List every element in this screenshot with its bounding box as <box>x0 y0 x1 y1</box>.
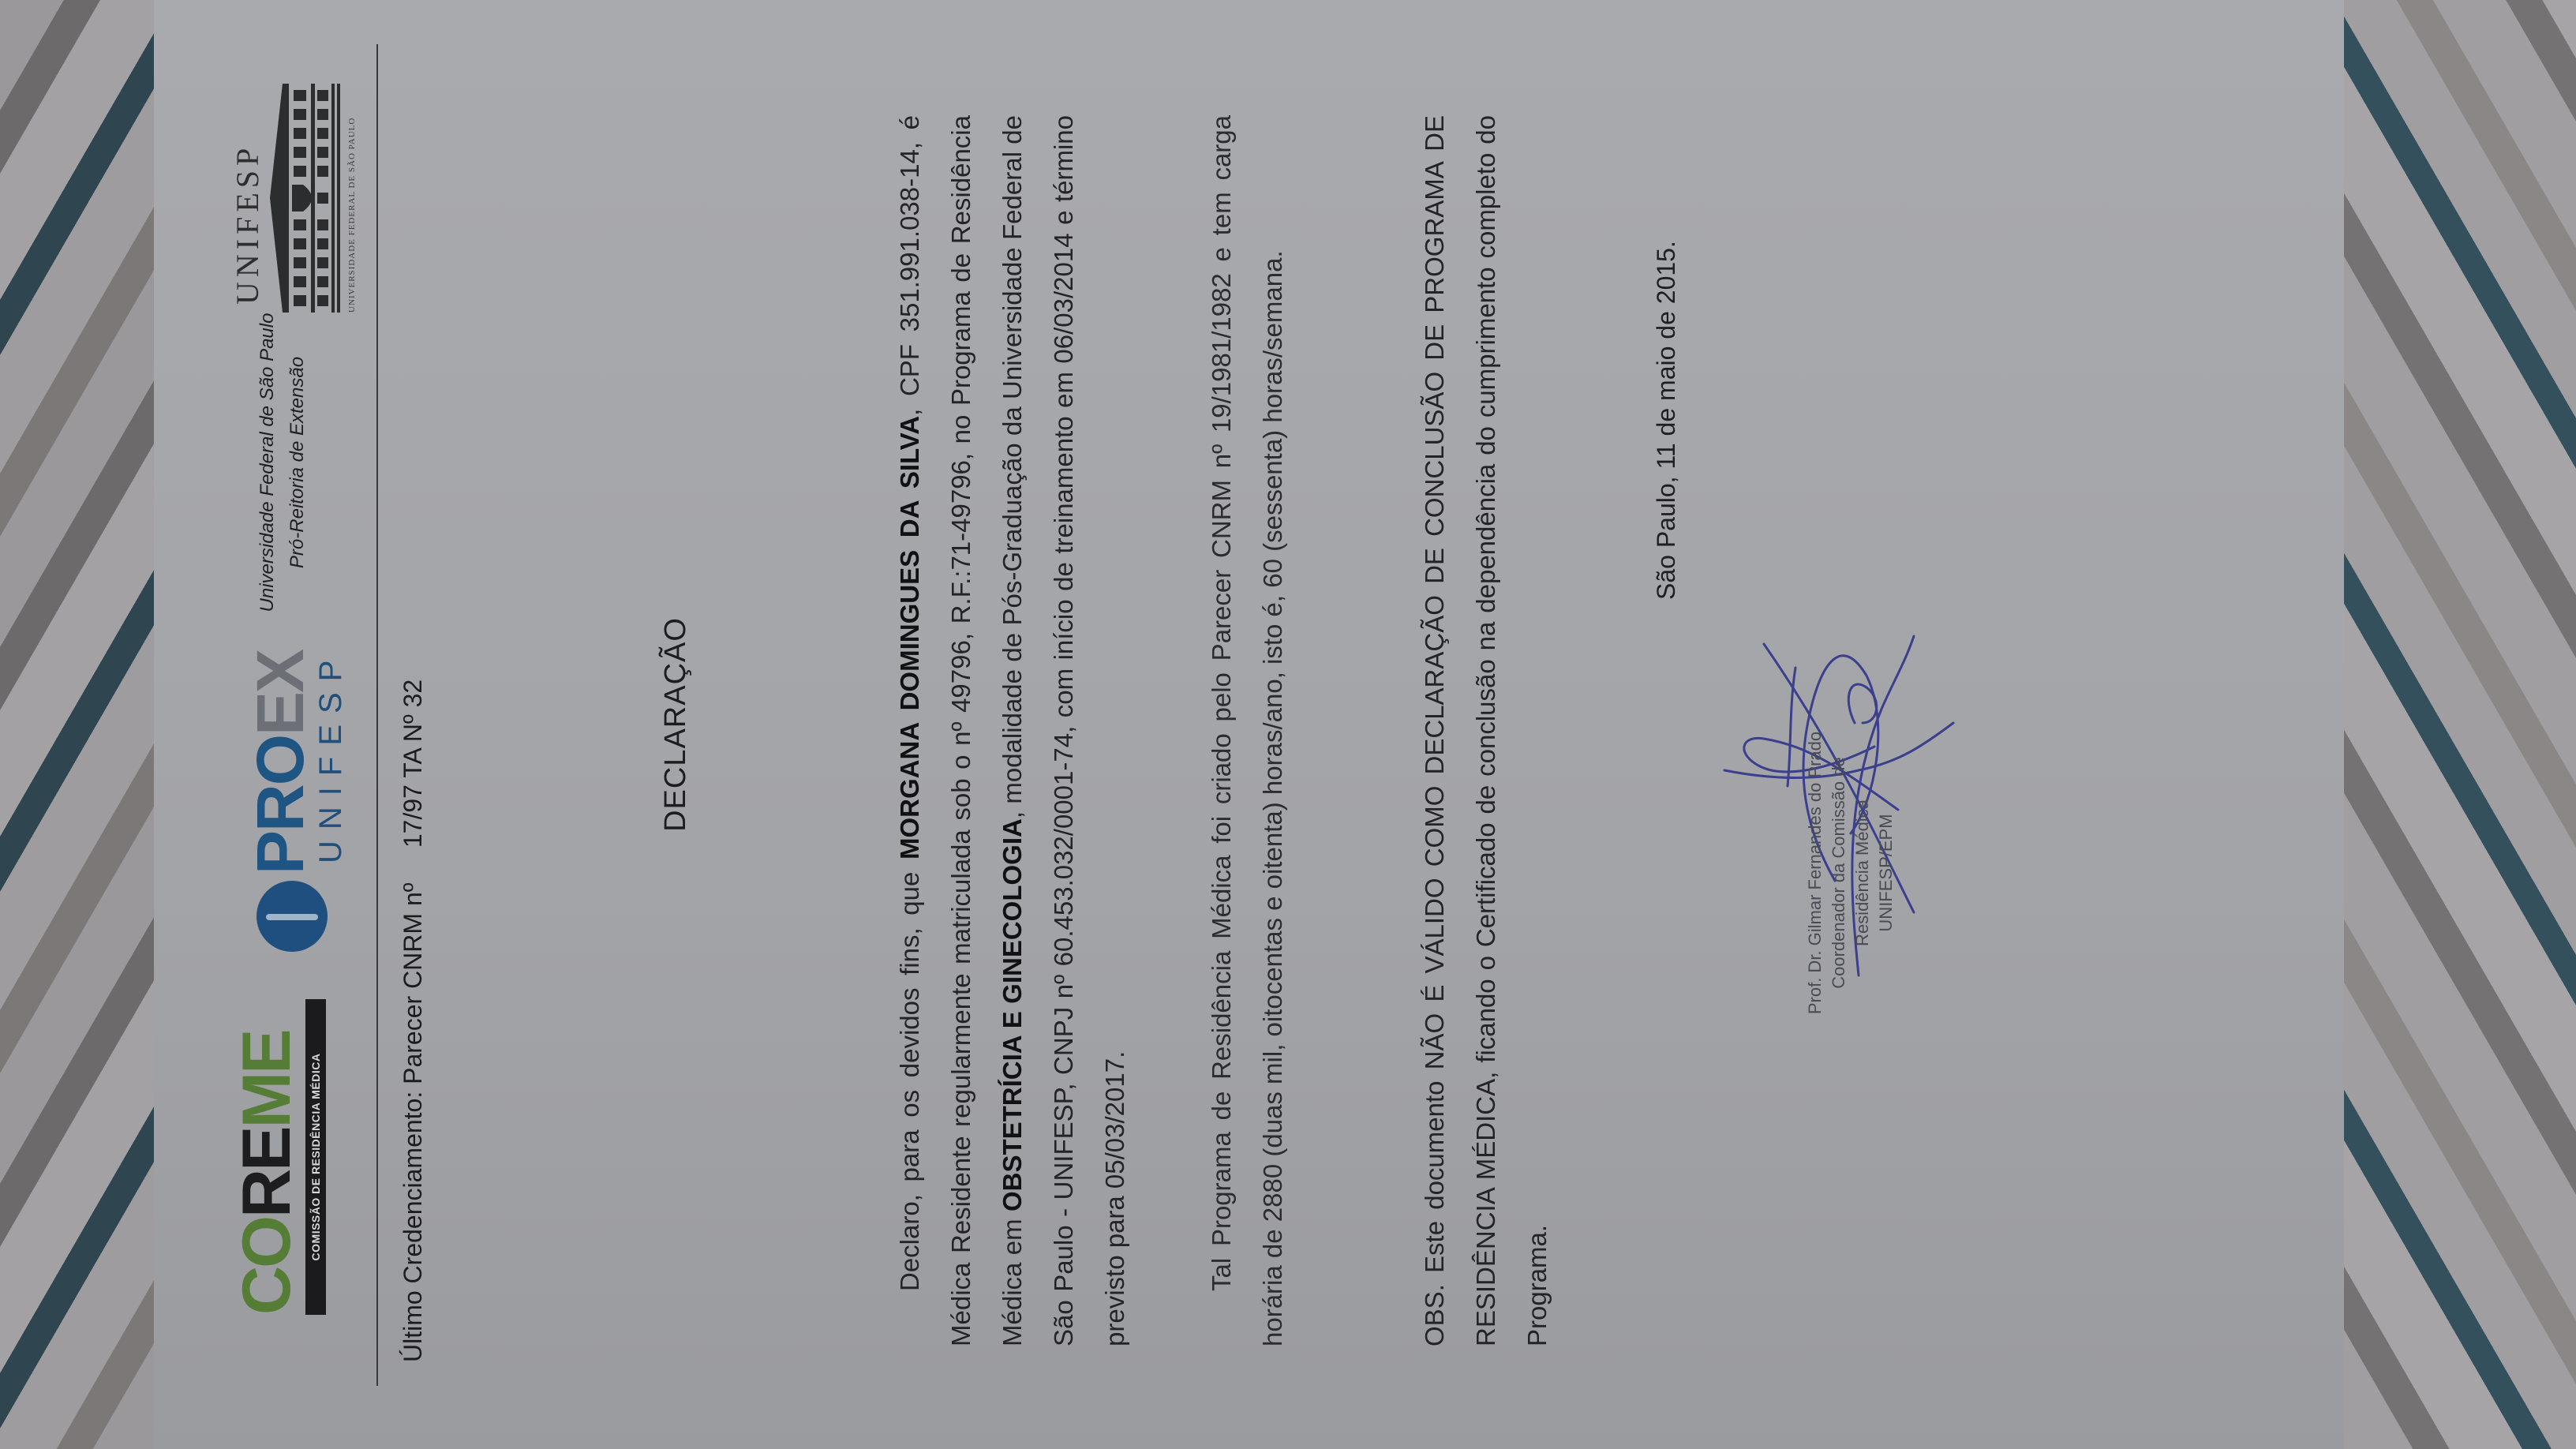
proex-logo: PROEX UNIFESP <box>241 652 351 952</box>
proex-subtitle: UNIFESP <box>313 650 349 863</box>
signatory-title-1: Coordenador da Comissão de <box>1827 707 1851 1039</box>
institution-line-2: Pró-Reitoria de Extensão <box>283 313 313 612</box>
building-icon <box>268 84 343 313</box>
signatory-institution: UNIFESP/EPM <box>1874 707 1898 1039</box>
declaration-document: UNIFESP UNIVERSIDADE FEDERAL D <box>154 0 2344 1449</box>
header-divider <box>376 44 378 1386</box>
proex-wordmark: PROEX <box>247 650 313 874</box>
coreme-logo: COREME COMISSÃO DE RESIDÊNCIA MÉDICA <box>233 983 343 1315</box>
signatory-block: Prof. Dr. Gilmar Fernandes do Prado Coor… <box>1803 707 1898 1039</box>
paragraph-observation: OBS. Este documento NÃO É VÁLIDO COMO DE… <box>1409 115 1563 1346</box>
paragraph-program-info: Tal Programa de Residência Médica foi cr… <box>1196 115 1298 1346</box>
coreme-wordmark: COREME <box>233 1032 301 1315</box>
signatory-name: Prof. Dr. Gilmar Fernandes do Prado <box>1803 707 1827 1039</box>
institution-line-1: Universidade Federal de São Paulo <box>253 313 283 612</box>
fabric-background-right <box>2340 0 2576 1449</box>
caduceus-icon <box>256 881 328 952</box>
unifesp-logo: UNIFESP UNIVERSIDADE FEDERAL D <box>229 76 371 313</box>
document-title: DECLARAÇÃO <box>659 0 693 1449</box>
resident-name: MORGANA DOMINGUES DA SILVA <box>895 416 924 859</box>
institution-name: Universidade Federal de São Paulo Pró-Re… <box>253 313 313 612</box>
specialty-name: OBSTETRÍCIA E GINECOLOGIA <box>998 818 1027 1211</box>
credenciamento-line: Último Credenciamento: Parecer CNRM nº 1… <box>399 680 428 1362</box>
unifesp-subtitle: UNIVERSIDADE FEDERAL DE SÃO PAULO <box>347 118 357 313</box>
date-line: São Paulo, 11 de maio de 2015. <box>1652 241 1681 600</box>
fabric-background-left <box>0 0 158 1449</box>
coreme-tagline: COMISSÃO DE RESIDÊNCIA MÉDICA <box>305 999 326 1315</box>
unifesp-wordmark: UNIFESP <box>229 144 266 305</box>
signatory-title-2: Residência Médica <box>1851 707 1874 1039</box>
paragraph-declaration: Declaro, para os devidos fins, que MORGA… <box>884 115 1140 1346</box>
